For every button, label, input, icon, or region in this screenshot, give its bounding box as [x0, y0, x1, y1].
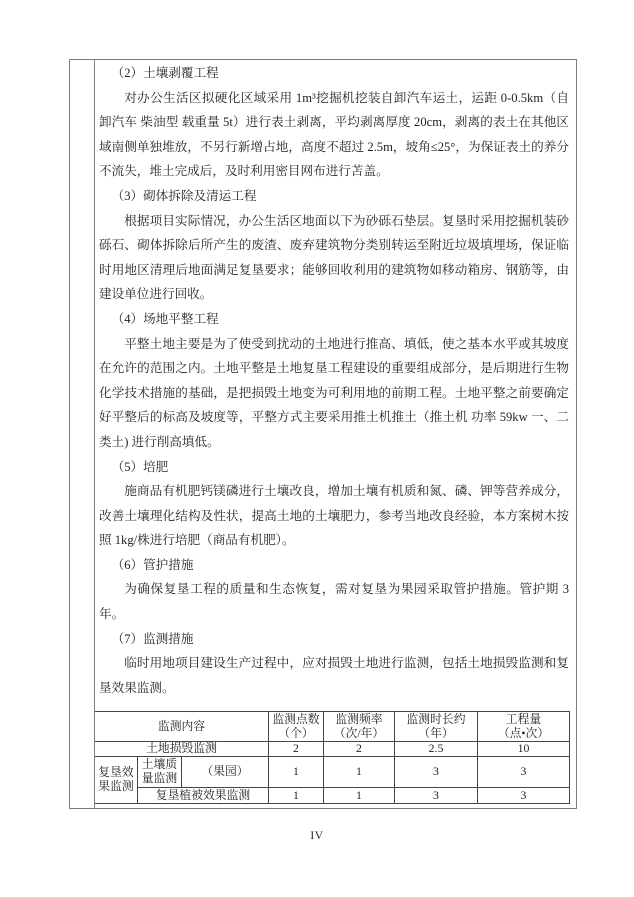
- header-monitor-frequency: 监测频率 （次/年）: [324, 712, 395, 742]
- monitoring-table: 监测内容 监测点数 （个） 监测频率 （次/年） 监测时长约 （年） 工程量 （…: [95, 711, 570, 804]
- document-page: （2）土壤剥覆工程 对办公生活区拟硬化区域采用 1m³挖掘机挖装自卸汽车运土，运…: [0, 0, 634, 897]
- section-heading-soil-stripping: （2）土壤剥覆工程: [99, 61, 569, 86]
- cell-soil-quality-sublabel: （果园）: [182, 756, 269, 787]
- table-header-row: 监测内容 监测点数 （个） 监测频率 （次/年） 监测时长约 （年） 工程量 （…: [95, 712, 570, 742]
- header-monitor-quantity: 工程量 （点•次）: [478, 712, 570, 742]
- outer-table-row-label-column: [70, 60, 95, 808]
- cell-soil-quality-label: 土壤质量监测: [138, 756, 182, 787]
- cell-reclaim-effect-group: 复垦效果监测: [95, 756, 138, 803]
- paragraph-monitoring: 临时用地项目建设生产过程中，应对损毁土地进行监测，包括土地损毁监测和复垦效果监测…: [99, 651, 569, 700]
- cell-land-damage-points: 2: [269, 742, 324, 757]
- section-heading-masonry-removal: （3）砌体拆除及清运工程: [99, 184, 569, 209]
- header-monitor-duration: 监测时长约 （年）: [395, 712, 478, 742]
- cell-vegetation-duration: 3: [395, 787, 478, 803]
- section-heading-site-leveling: （4）场地平整工程: [99, 307, 569, 332]
- header-monitor-points: 监测点数 （个）: [269, 712, 324, 742]
- paragraph-soil-stripping: 对办公生活区拟硬化区域采用 1m³挖掘机挖装自卸汽车运土，运距 0-0.5km（…: [99, 86, 569, 184]
- section-heading-maintenance: （6）管护措施: [99, 553, 569, 578]
- paragraph-fertilization: 施商品有机肥钙镁磷进行土壤改良，增加土壤有机质和氮、磷、钾等营养成分，改善土壤理…: [99, 479, 569, 553]
- report-body-text: （2）土壤剥覆工程 对办公生活区拟硬化区域采用 1m³挖掘机挖装自卸汽车运土，运…: [95, 60, 576, 808]
- cell-soil-quality-quantity: 3: [478, 756, 570, 787]
- paragraph-maintenance: 为确保复垦工程的质量和生态恢复，需对复垦为果园采取管护措施。管护期 3年。: [99, 577, 569, 626]
- cell-soil-quality-points: 1: [269, 756, 324, 787]
- header-monitor-content: 监测内容: [95, 712, 269, 742]
- cell-vegetation-points: 1: [269, 787, 324, 803]
- cell-land-damage-quantity: 10: [478, 742, 570, 757]
- cell-vegetation-label: 复垦植被效果监测: [138, 787, 269, 803]
- cell-land-damage-frequency: 2: [324, 742, 395, 757]
- section-heading-monitoring: （7）监测措施: [99, 627, 569, 652]
- cell-land-damage-duration: 2.5: [395, 742, 478, 757]
- cell-land-damage-label: 土地损毁监测: [95, 742, 269, 757]
- cell-vegetation-quantity: 3: [478, 787, 570, 803]
- paragraph-site-leveling: 平整土地主要是为了使受到扰动的土地进行推高、填低，使之基本水平或其坡度在允许的范…: [99, 332, 569, 455]
- cell-soil-quality-duration: 3: [395, 756, 478, 787]
- cell-soil-quality-frequency: 1: [324, 756, 395, 787]
- cell-vegetation-frequency: 1: [324, 787, 395, 803]
- table-row-soil-quality: 复垦效果监测 土壤质量监测 （果园） 1 1 3 3: [95, 756, 570, 787]
- page-number: IV: [0, 830, 634, 842]
- section-heading-fertilization: （5）培肥: [99, 455, 569, 480]
- report-table-cell-frame: （2）土壤剥覆工程 对办公生活区拟硬化区域采用 1m³挖掘机挖装自卸汽车运土，运…: [69, 59, 577, 809]
- paragraph-masonry-removal: 根据项目实际情况，办公生活区地面以下为砂砾石垫层。复垦时采用挖掘机装砂砾石、砌体…: [99, 209, 569, 307]
- table-row-vegetation-effect: 复垦植被效果监测 1 1 3 3: [95, 787, 570, 803]
- table-row-land-damage: 土地损毁监测 2 2 2.5 10: [95, 742, 570, 757]
